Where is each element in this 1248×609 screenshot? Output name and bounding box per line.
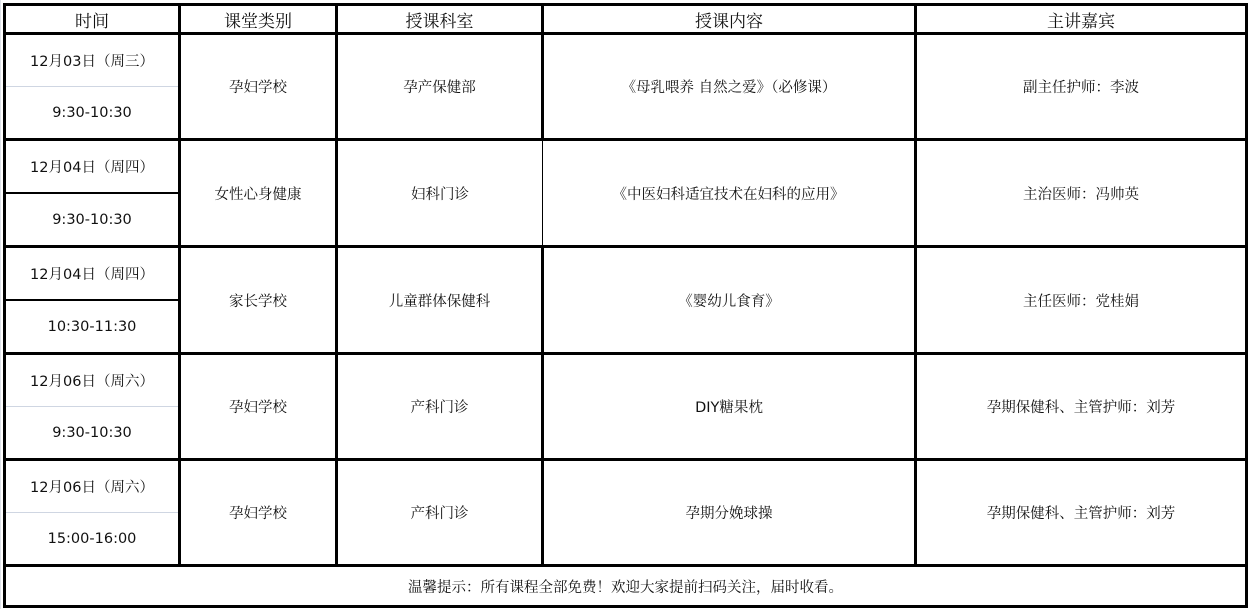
- content-cell[interactable]: DIY糖果枕: [543, 354, 916, 460]
- header-department[interactable]: 授课科室: [337, 5, 543, 34]
- category-cell[interactable]: 家长学校: [180, 247, 337, 354]
- speaker-cell[interactable]: 主治医师：冯帅英: [916, 140, 1247, 247]
- category-cell[interactable]: 孕妇学校: [180, 460, 337, 566]
- department-cell[interactable]: 产科门诊: [337, 354, 543, 460]
- table-row: 12月03日（周三） 9:30-10:30 孕妇学校 孕产保健部 《母乳喂养 自…: [5, 34, 1247, 140]
- time-slot-text: 9:30-10:30: [6, 194, 178, 245]
- notice-text[interactable]: 温馨提示：所有课程全部免费！欢迎大家提前扫码关注，届时收看。: [5, 566, 1247, 607]
- category-cell[interactable]: 女性心身健康: [180, 140, 337, 247]
- date-text: 12月03日（周三）: [6, 35, 178, 87]
- content-cell[interactable]: 《母乳喂养 自然之爱》（必修课）: [543, 34, 916, 140]
- time-cell[interactable]: 12月03日（周三） 9:30-10:30: [5, 34, 180, 140]
- time-slot-text: 15:00-16:00: [6, 513, 178, 564]
- category-cell[interactable]: 孕妇学校: [180, 34, 337, 140]
- date-text: 12月04日（周四）: [6, 141, 178, 194]
- content-cell[interactable]: 《婴幼儿食育》: [543, 247, 916, 354]
- table-row: 12月06日（周六） 15:00-16:00 孕妇学校 产科门诊 孕期分娩球操 …: [5, 460, 1247, 566]
- time-cell[interactable]: 12月04日（周四） 10:30-11:30: [5, 247, 180, 354]
- speaker-cell[interactable]: 孕期保健科、主管护师：刘芳: [916, 354, 1247, 460]
- date-text: 12月04日（周四）: [6, 248, 178, 301]
- department-cell[interactable]: 孕产保健部: [337, 34, 543, 140]
- category-cell[interactable]: 孕妇学校: [180, 354, 337, 460]
- speaker-cell[interactable]: 主任医师：党桂娟: [916, 247, 1247, 354]
- header-time[interactable]: 时间: [5, 5, 180, 34]
- time-slot-text: 9:30-10:30: [6, 87, 178, 138]
- speaker-cell[interactable]: 孕期保健科、主管护师：刘芳: [916, 460, 1247, 566]
- department-cell[interactable]: 妇科门诊: [337, 140, 543, 247]
- header-content[interactable]: 授课内容: [543, 5, 916, 34]
- speaker-cell[interactable]: 副主任护师：李波: [916, 34, 1247, 140]
- table-row: 12月06日（周六） 9:30-10:30 孕妇学校 产科门诊 DIY糖果枕 孕…: [5, 354, 1247, 460]
- time-cell[interactable]: 12月06日（周六） 9:30-10:30: [5, 354, 180, 460]
- content-cell[interactable]: 孕期分娩球操: [543, 460, 916, 566]
- header-category[interactable]: 课堂类别: [180, 5, 337, 34]
- department-cell[interactable]: 儿童群体保健科: [337, 247, 543, 354]
- header-row: 时间 课堂类别 授课科室 授课内容 主讲嘉宾: [5, 5, 1247, 34]
- header-speaker[interactable]: 主讲嘉宾: [916, 5, 1247, 34]
- course-schedule-table: 时间 课堂类别 授课科室 授课内容 主讲嘉宾 12月03日（周三） 9:30-1…: [3, 3, 1248, 608]
- table-row: 12月04日（周四） 10:30-11:30 家长学校 儿童群体保健科 《婴幼儿…: [5, 247, 1247, 354]
- date-text: 12月06日（周六）: [6, 461, 178, 513]
- time-cell[interactable]: 12月04日（周四） 9:30-10:30: [5, 140, 180, 247]
- date-text: 12月06日（周六）: [6, 355, 178, 407]
- time-slot-text: 9:30-10:30: [6, 407, 178, 458]
- department-cell[interactable]: 产科门诊: [337, 460, 543, 566]
- time-slot-text: 10:30-11:30: [6, 301, 178, 352]
- content-cell[interactable]: 《中医妇科适宜技术在妇科的应用》: [543, 140, 916, 247]
- notice-row: 温馨提示：所有课程全部免费！欢迎大家提前扫码关注，届时收看。: [5, 566, 1247, 607]
- time-cell[interactable]: 12月06日（周六） 15:00-16:00: [5, 460, 180, 566]
- table-row: 12月04日（周四） 9:30-10:30 女性心身健康 妇科门诊 《中医妇科适…: [5, 140, 1247, 247]
